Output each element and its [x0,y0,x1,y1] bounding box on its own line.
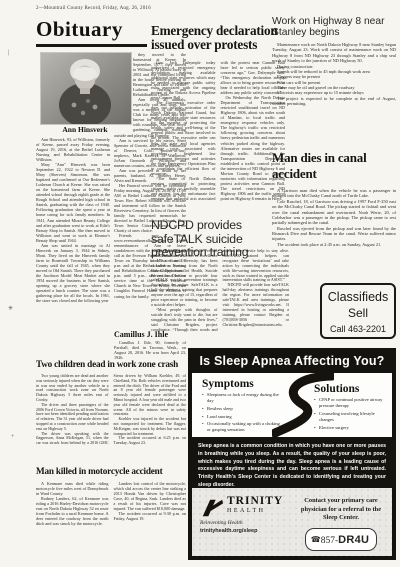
ad-body-text: Sleep apnea is a common condition in whi… [198,443,386,483]
solution-item: Counseling involving lifestyle changes [314,411,386,423]
ad-upper-panel: Symptoms Sleepiness or lack of energy du… [192,373,392,437]
phone-number: DR4U [338,534,369,546]
trinity-logo-icon [200,496,224,520]
paragraph: The accident took place at 2:45 a.m. on … [272,242,396,247]
highway-headline: Work on Highway 8 near Stanley begins [272,16,396,39]
phone-badge: ☎857-DR4U [305,528,378,551]
sleep-apnea-ad: Is Sleep Apnea Affecting You? Symptoms S… [188,348,396,560]
symptom-item: Sleepiness or lack of energy during the … [202,392,284,404]
paragraph: The Governor's executive order does not … [151,100,216,175]
ad-title: Is Sleep Apnea Affecting You? [188,348,396,368]
paragraph: The accident occurred at 6:25 p.m. on Tu… [114,436,187,446]
phone-prefix: 857- [321,536,338,546]
classifieds-line: Classifieds [322,290,394,304]
phone-icon: ☎ [311,535,321,544]
paragraph: A Garrison man died when the vehicle he … [272,188,396,199]
paragraph: Landers lost control of the motorcycle, … [114,481,187,511]
symptoms-list: Sleepiness or lack of energy during the … [202,392,284,434]
classifieds-phone: Call 463-2201 [322,324,394,334]
classifieds-ad-box: Classifieds Sell Call 463-2201 [320,283,396,339]
paragraph: Ruschel was ejected from the pickup and … [272,226,396,242]
solutions-block: Solutions CPAP or continual positive air… [314,383,386,432]
symptom-item: Occasionally waking up with a choking or… [202,421,284,433]
ad-contact-block: Contact your primary care physician for … [294,497,388,551]
contact-text: Contact your primary care physician for … [294,497,388,523]
ndcpd-article-body: The North Dakota Center for Persons with… [151,249,289,344]
newspaper-page: | ✳ + 2—Mountrail County Record, Friday,… [0,0,400,567]
classifieds-line: Sell [322,306,394,320]
symptom-item: Loud snoring [202,414,284,420]
canal-headline: Man dies in canal accident [272,150,382,183]
paragraph: The accident occurred at 9:30 p.m. on Fr… [114,511,187,521]
symptoms-block: Symptoms Sleepiness or lack of energy du… [202,378,284,435]
paragraph: Mary "Ann" Hinsverk was born September 2… [36,162,110,243]
section-header-obituary: Obituary [36,17,123,42]
photo-runaround-spacer [114,52,133,130]
print-mark: | [8,50,9,56]
brand-tagline: Reinventing Health [200,520,290,526]
paragraph: Two young children are dead and another … [36,374,109,403]
motorcycle-article-body: A Kenmare man died while riding motorcyc… [36,481,186,561]
paragraph: NDCPD will provide four safeTALK half-da… [223,283,290,327]
paragraph: The North Dakota Center for Persons with… [151,249,218,308]
paragraph: On Wednesday the North Dakota Department… [221,95,286,201]
trinity-logo-block: TRINITY HEALTH Reinventing Health trinit… [200,496,290,534]
paragraph: Ann was united in marriage to Al Hinsver… [36,243,110,303]
motorcycle-headline: Man killed in motorcycle accident [36,467,188,477]
solutions-list: CPAP or continual positive airway pressu… [314,397,386,431]
symptoms-title: Symptoms [202,378,284,390]
solutions-title: Solutions [314,383,386,395]
masthead-dateline: 2—Mountrail County Record, Friday, Aug. … [36,6,336,11]
section-rule [36,44,147,47]
paragraph: Cole Ruschel, 18, of Garrison was drivin… [272,199,396,226]
solution-item: Elective surgery [314,425,386,431]
crash-article-body: Two young children are dead and another … [36,374,186,463]
print-mark: ✳ [8,305,13,312]
print-mark: + [11,434,14,440]
paragraph: The project is expected to be complete a… [272,96,396,107]
ad-footer: TRINITY HEALTH Reinventing Health trinit… [192,488,392,556]
emergency-headline: Emergency declaration issued over protes… [151,24,286,51]
brand-url: trinityhealth.org/sleep [200,528,290,534]
emergency-article-body: Gov. Jack Dalrymple today authorized a r… [151,60,285,216]
paragraph: The driver and three passengers of the 2… [36,403,109,432]
solution-item: CPAP or continual positive airway pressu… [314,397,386,409]
canal-article-body: A Garrison man died when the vehicle he … [272,188,396,281]
paragraph: Koehler was injured in the accident but … [114,417,187,436]
paragraph: A Kenmare man died while riding motorcyc… [36,481,109,496]
paragraph: Ann Hinsverk, 93, of Williston, formerly… [36,137,110,162]
paragraph: Rodney Landers, 62, of Kenmare was ridin… [36,496,109,526]
crash-headline: Two children dead in work zone crash [36,360,188,370]
paragraph: Gov. Jack Dalrymple today authorized a r… [151,60,216,100]
symptom-item: Restless sleep [202,406,284,412]
highway-article-body: Maintenance work on North Dakota Highway… [272,42,396,138]
paragraph: Maintenance work on North Dakota Highway… [272,42,396,64]
obituary-column-1: Ann Hinsverk, 93, of Williston, formerly… [36,137,110,358]
